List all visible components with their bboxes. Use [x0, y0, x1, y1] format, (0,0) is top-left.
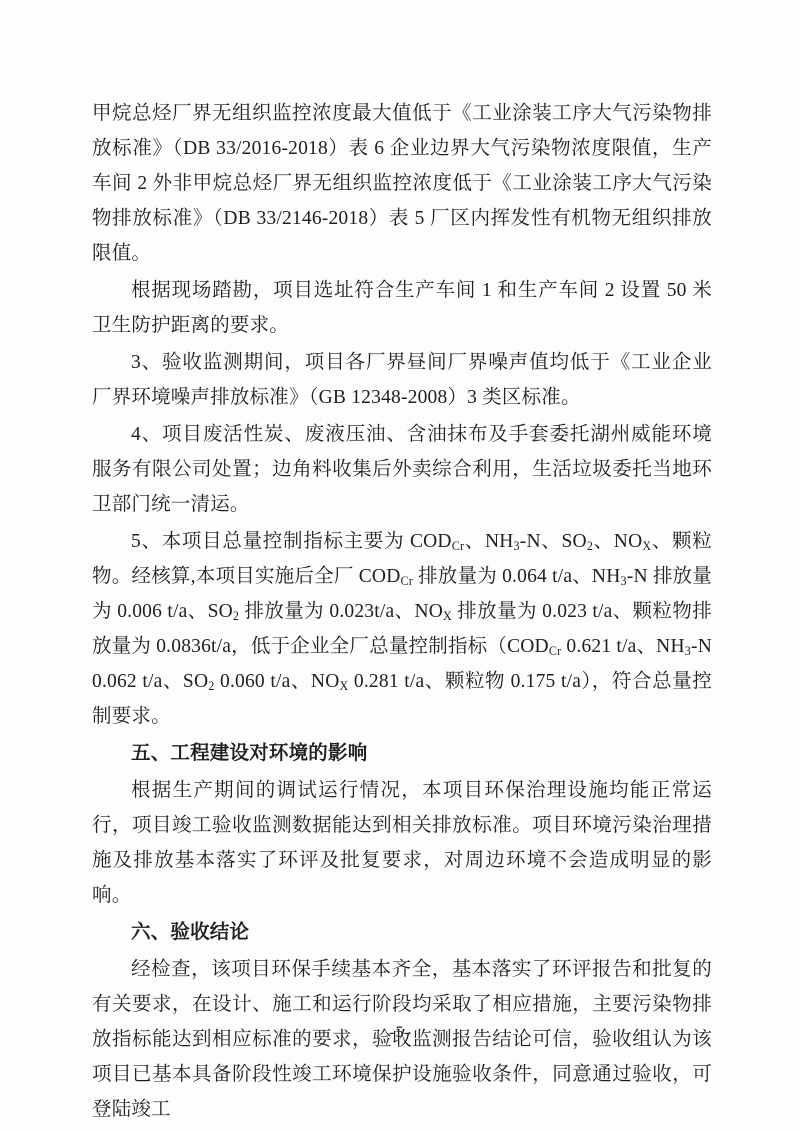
- subscript-run: Cr: [452, 539, 464, 553]
- text-run: 五、工程建设对环境的影响: [131, 743, 367, 764]
- text-run: -N、SO: [520, 531, 587, 552]
- text-run: 4、项目废活性炭、废液压油、含油抹布及手套委托湖州威能环境服务有限公司处置；边角…: [92, 424, 712, 515]
- heading-6-acceptance-conclusion: 六、验收结论: [92, 915, 712, 950]
- text-run: 5、本项目总量控制指标主要为 COD: [131, 531, 452, 552]
- subscript-run: 3: [621, 574, 627, 588]
- subscript-run: X: [443, 609, 452, 623]
- para-5-total-control: 5、本项目总量控制指标主要为 CODCr、NH3-N、SO2、NOX、颗粒物。经…: [92, 524, 712, 734]
- text-run: 甲烷总烃厂界无组织监控浓度最大值低于《工业涂装工序大气污染物排放标准》（DB 3…: [92, 103, 712, 264]
- text-run: 0.060 t/a、NO: [215, 671, 340, 692]
- text-run: 六、验收结论: [131, 922, 249, 943]
- text-run: 根据现场踏勘，项目选址符合生产车间 1 和生产车间 2 设置 50 米卫生防护距…: [92, 280, 712, 336]
- para-4-solid-waste: 4、项目废活性炭、废液压油、含油抹布及手套委托湖州威能环境服务有限公司处置；边角…: [92, 417, 712, 522]
- text-run: 0.621 t/a、NH: [561, 636, 684, 657]
- subscript-run: X: [340, 679, 349, 693]
- heading-5-construction-impact: 五、工程建设对环境的影响: [92, 736, 712, 771]
- text-run: 3、验收监测期间，项目各厂界昼间厂界噪声值均低于《工业企业厂界环境噪声排放标准》…: [92, 352, 712, 408]
- subscript-run: Cr: [400, 574, 412, 588]
- text-run: 排放量为 0.064 t/a、NH: [413, 566, 621, 587]
- para-3-noise: 3、验收监测期间，项目各厂界昼间厂界噪声值均低于《工业企业厂界环境噪声排放标准》…: [92, 345, 712, 415]
- text-run: 、NO: [593, 531, 642, 552]
- para-impact-body: 根据生产期间的调试运行情况，本项目环保治理设施均能正常运行，项目竣工验收监测数据…: [92, 773, 712, 913]
- text-run: 、NH: [464, 531, 513, 552]
- text-run: 排放量为 0.023t/a、NO: [239, 601, 443, 622]
- text-run: 根据生产期间的调试运行情况，本项目环保治理设施均能正常运行，项目竣工验收监测数据…: [92, 780, 712, 906]
- subscript-run: 2: [587, 539, 593, 553]
- subscript-run: 2: [233, 609, 239, 623]
- document-body: 甲烷总烃厂界无组织监控浓度最大值低于《工业涂装工序大气污染物排放标准》（DB 3…: [92, 96, 712, 1127]
- para-site-selection: 根据现场踏勘，项目选址符合生产车间 1 和生产车间 2 设置 50 米卫生防护距…: [92, 273, 712, 343]
- subscript-run: 3: [514, 539, 520, 553]
- subscript-run: Cr: [549, 644, 561, 658]
- subscript-run: X: [642, 539, 651, 553]
- subscript-run: 2: [208, 679, 214, 693]
- subscript-run: 3: [685, 644, 691, 658]
- document-page: 甲烷总烃厂界无组织监控浓度最大值低于《工业涂装工序大气污染物排放标准》（DB 3…: [0, 0, 800, 1131]
- para-air-standards-continuation: 甲烷总烃厂界无组织监控浓度最大值低于《工业涂装工序大气污染物排放标准》（DB 3…: [92, 96, 712, 271]
- page-number: -5-: [0, 1024, 800, 1042]
